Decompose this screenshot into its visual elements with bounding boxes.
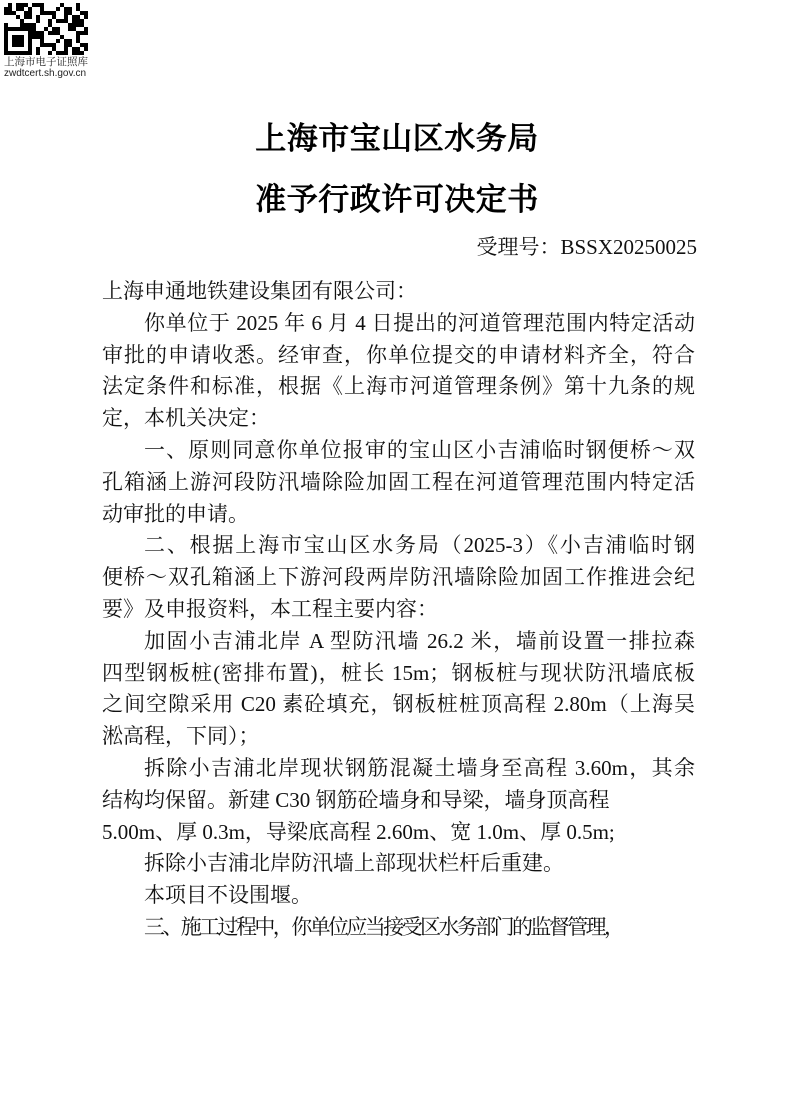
- body-line: 你单位于 2025 年 6 月 4 日提出的河道管理范围内特定活动: [102, 308, 695, 340]
- body-line-salutation: 上海申通地铁建设集团有限公司：: [102, 276, 695, 308]
- org-title: 上海市宝山区水务局: [0, 121, 794, 157]
- body-line: 二、根据上海市宝山区水务局（2025-3）《小吉浦临时钢: [102, 530, 695, 562]
- body-line: 一、原则同意你单位报审的宝山区小吉浦临时钢便桥～双: [102, 435, 695, 467]
- body-line: 淞高程，下同）；: [102, 721, 695, 753]
- document-header: 上海市宝山区水务局 准予行政许可决定书 受理号：BSSX20250025: [0, 0, 794, 261]
- body-line: 要》及申报资料，本工程主要内容：: [102, 594, 695, 626]
- body-line: 本项目不设围堰。: [102, 880, 695, 912]
- body-line: 孔箱涵上游河段防汛墙除险加固工程在河道管理范围内特定活: [102, 467, 695, 499]
- body-line: 动审批的申请。: [102, 499, 695, 531]
- qr-code-block: 上海市电子证照库 zwdtcert.sh.gov.cn: [4, 3, 100, 79]
- acceptance-number: 受理号：BSSX20250025: [0, 234, 794, 261]
- qr-source-url: zwdtcert.sh.gov.cn: [4, 68, 100, 79]
- body-line: 审批的申请收悉。经审查，你单位提交的申请材料齐全，符合: [102, 340, 695, 372]
- document-body: 上海申通地铁建设集团有限公司： 你单位于 2025 年 6 月 4 日提出的河道…: [102, 276, 695, 944]
- body-line: 5.00m、厚 0.3m，导梁底高程 2.60m、宽 1.0m、厚 0.5m;: [102, 817, 695, 849]
- qr-source-label: 上海市电子证照库: [4, 57, 100, 68]
- body-line: 加固小吉浦北岸 A 型防汛墙 26.2 米，墙前设置一排拉森: [102, 626, 695, 658]
- body-line: 便桥～双孔箱涵上下游河段两岸防汛墙除险加固工作推进会纪: [102, 562, 695, 594]
- body-line: 拆除小吉浦北岸防汛墙上部现状栏杆后重建。: [102, 848, 695, 880]
- body-line: 三、施工过程中，你单位应当接受区水务部门的监督管理，: [102, 912, 695, 944]
- body-line: 结构均保留。新建 C30 钢筋砼墙身和导梁，墙身顶高程: [102, 785, 695, 817]
- qr-code-icon: [4, 3, 88, 55]
- body-line: 定，本机关决定：: [102, 403, 695, 435]
- body-line: 法定条件和标准，根据《上海市河道管理条例》第十九条的规: [102, 371, 695, 403]
- doc-title: 准予行政许可决定书: [0, 182, 794, 218]
- document-page: 上海市电子证照库 zwdtcert.sh.gov.cn 上海市宝山区水务局 准予…: [0, 0, 794, 1093]
- body-line: 四型钢板桩(密排布置)，桩长 15m；钢板桩与现状防汛墙底板: [102, 658, 695, 690]
- body-line: 之间空隙采用 C20 素砼填充，钢板桩桩顶高程 2.80m（上海吴: [102, 689, 695, 721]
- body-line: 拆除小吉浦北岸现状钢筋混凝土墙身至高程 3.60m，其余: [102, 753, 695, 785]
